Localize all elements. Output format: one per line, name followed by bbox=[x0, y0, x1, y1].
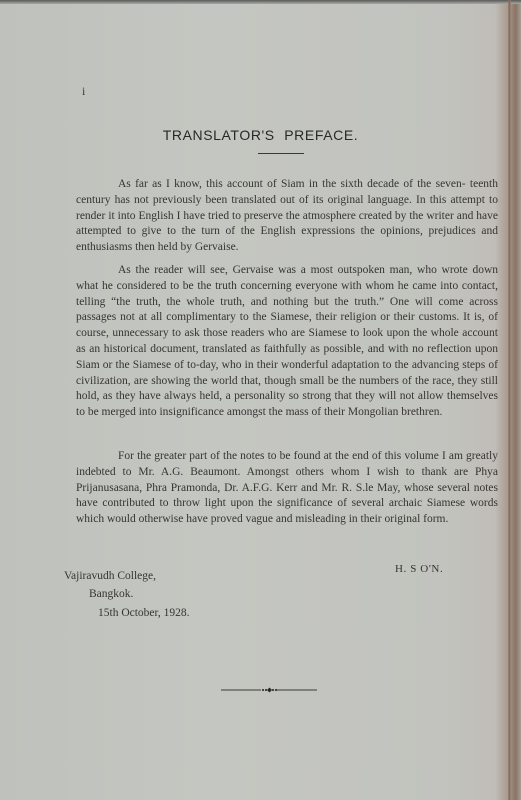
paragraph-2: As the reader will see, Gervaise was a m… bbox=[76, 263, 498, 421]
scanned-book-page: i TRANSLATOR'S PREFACE. As far as I know… bbox=[0, 0, 521, 800]
page-title: TRANSLATOR'S PREFACE. bbox=[0, 127, 521, 143]
paragraph-1: As far as I know, this account of Siam i… bbox=[76, 177, 498, 256]
page-spine-edge bbox=[508, 0, 511, 800]
paragraph-text: As the reader will see, Gervaise was a m… bbox=[76, 263, 498, 421]
author-signature: H. S O'N. bbox=[395, 563, 443, 575]
title-underline-divider bbox=[258, 153, 304, 154]
place-line-college: Vajiravudh College, bbox=[64, 570, 156, 582]
paragraph-3: For the greater part of the notes to be … bbox=[76, 449, 498, 528]
page-marker: i bbox=[82, 84, 85, 99]
paragraph-text: For the greater part of the notes to be … bbox=[76, 449, 498, 528]
place-line-city: Bangkok. bbox=[89, 588, 133, 600]
place-line-date: 15th October, 1928. bbox=[98, 607, 190, 619]
page-top-edge bbox=[0, 0, 521, 4]
ornament-divider-icon bbox=[221, 686, 317, 694]
paragraph-text: As far as I know, this account of Siam i… bbox=[76, 177, 498, 256]
